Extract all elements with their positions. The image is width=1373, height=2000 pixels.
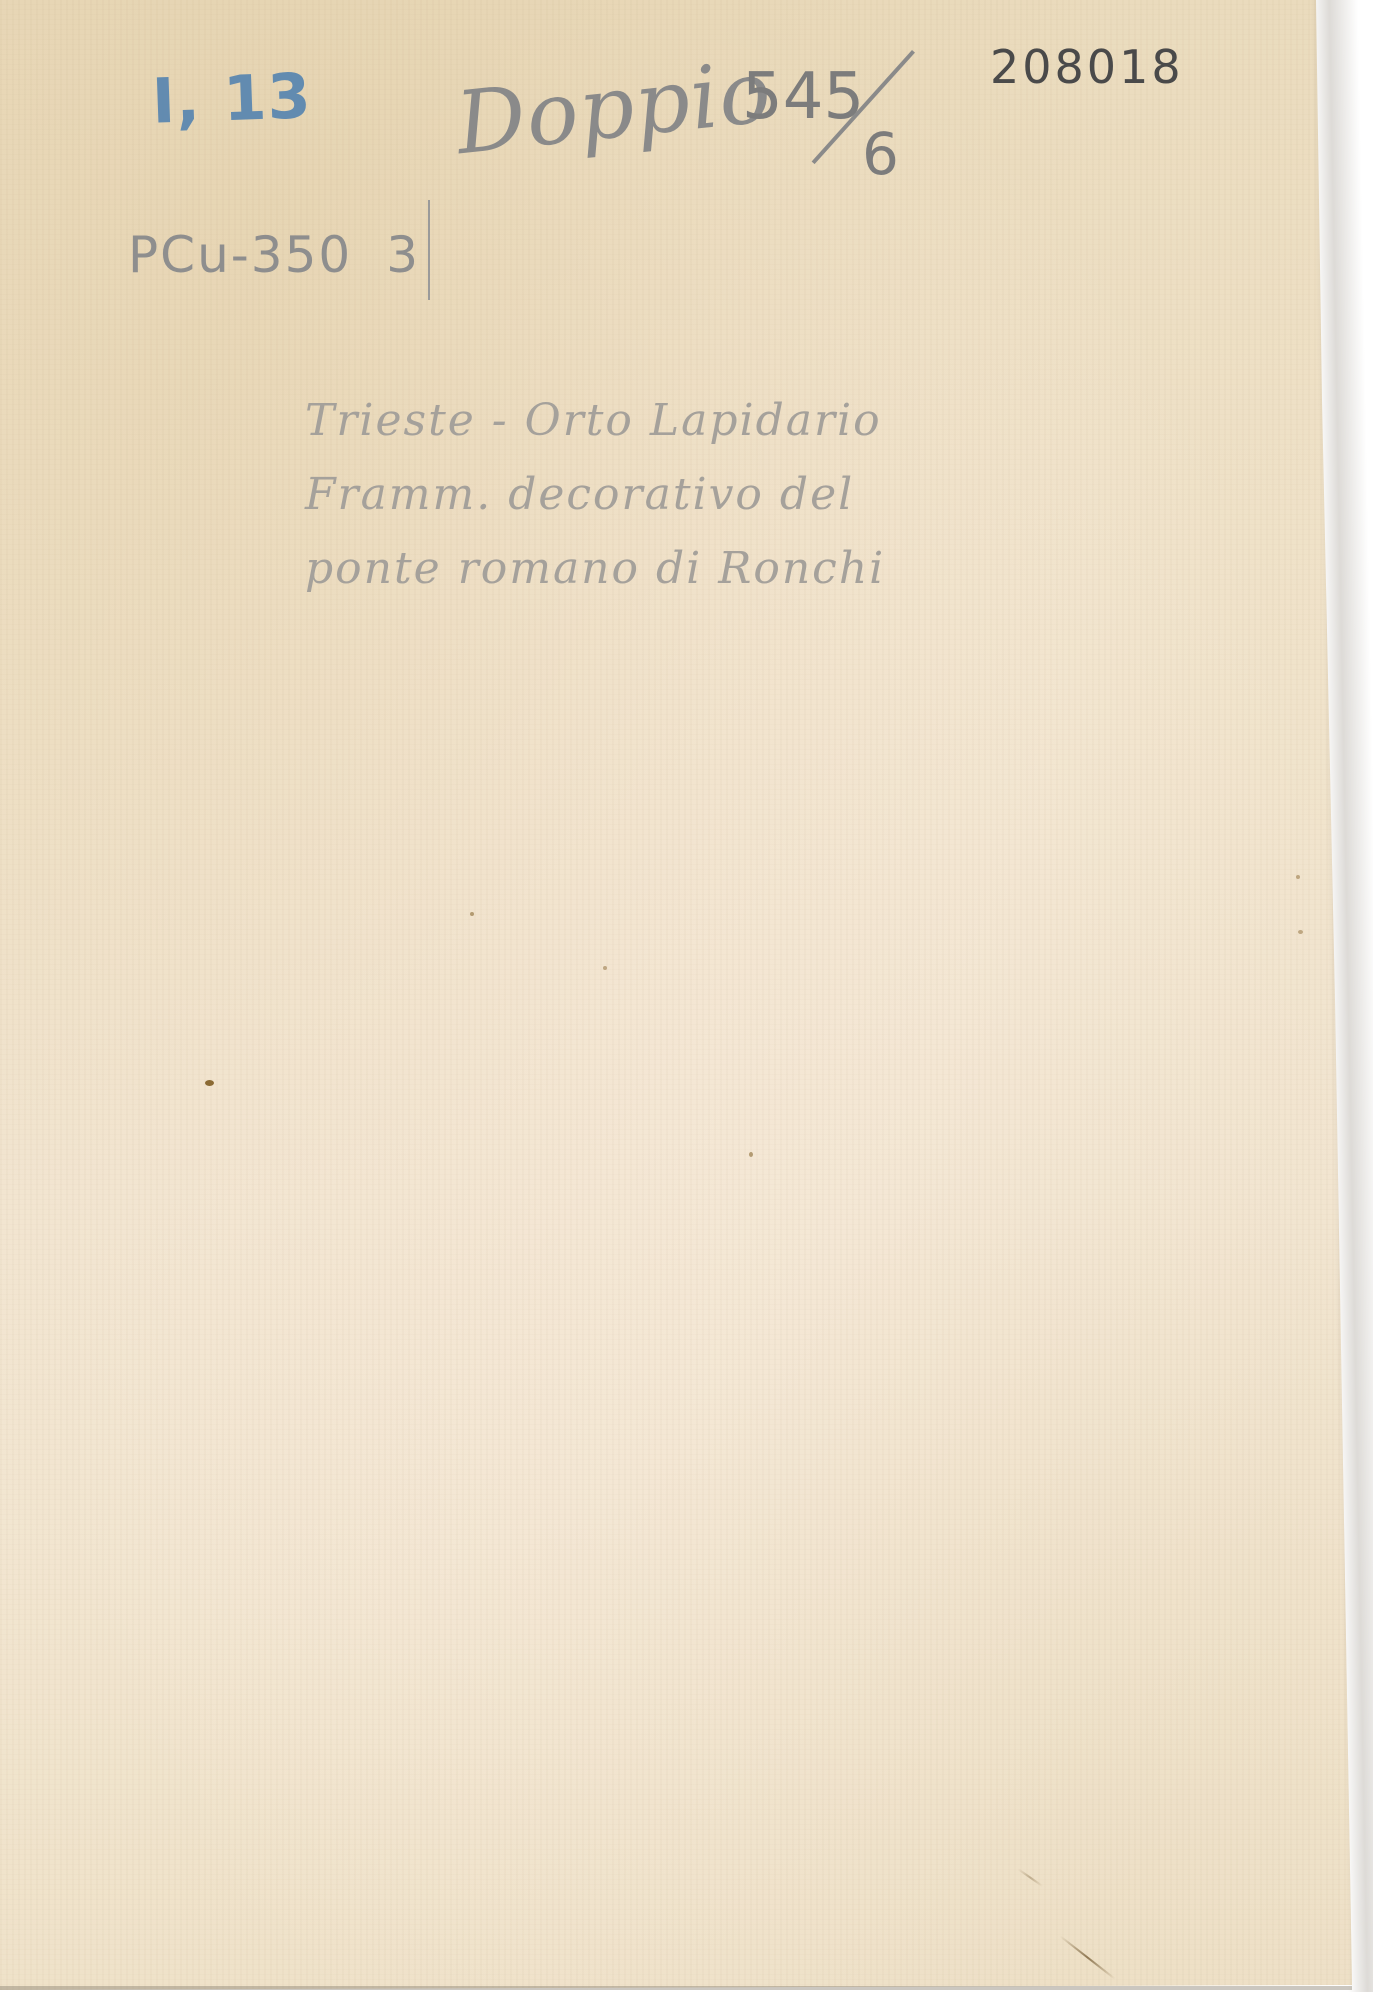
description-line-subject: Framm. decorativo del [305, 458, 885, 532]
card-bottom-edge [0, 1986, 1352, 1990]
fraction-annotation: 545 6 [742, 50, 922, 190]
photo-description: Trieste - Orto Lapidario Framm. decorati… [305, 384, 885, 606]
catalog-number: 208018 [990, 40, 1184, 94]
blue-ink-mark: I, 13 [151, 59, 313, 138]
fraction-denominator: 6 [862, 120, 899, 188]
inventory-code-suffix: 3 [386, 226, 420, 284]
inventory-code: PCu-3503 [128, 226, 420, 284]
inventory-code-main: PCu-350 [128, 226, 352, 284]
paper-speck [749, 1152, 753, 1157]
description-line-origin: ponte romano di Ronchi [305, 532, 885, 606]
paper-speck [603, 966, 607, 970]
paper-speck [1298, 930, 1303, 934]
description-line-location: Trieste - Orto Lapidario [305, 384, 885, 458]
paper-speck [1296, 875, 1300, 879]
paper-speck [205, 1080, 214, 1086]
inventory-code-divider [428, 200, 430, 300]
paper-speck [470, 912, 474, 916]
photo-mount-card [0, 0, 1352, 1990]
